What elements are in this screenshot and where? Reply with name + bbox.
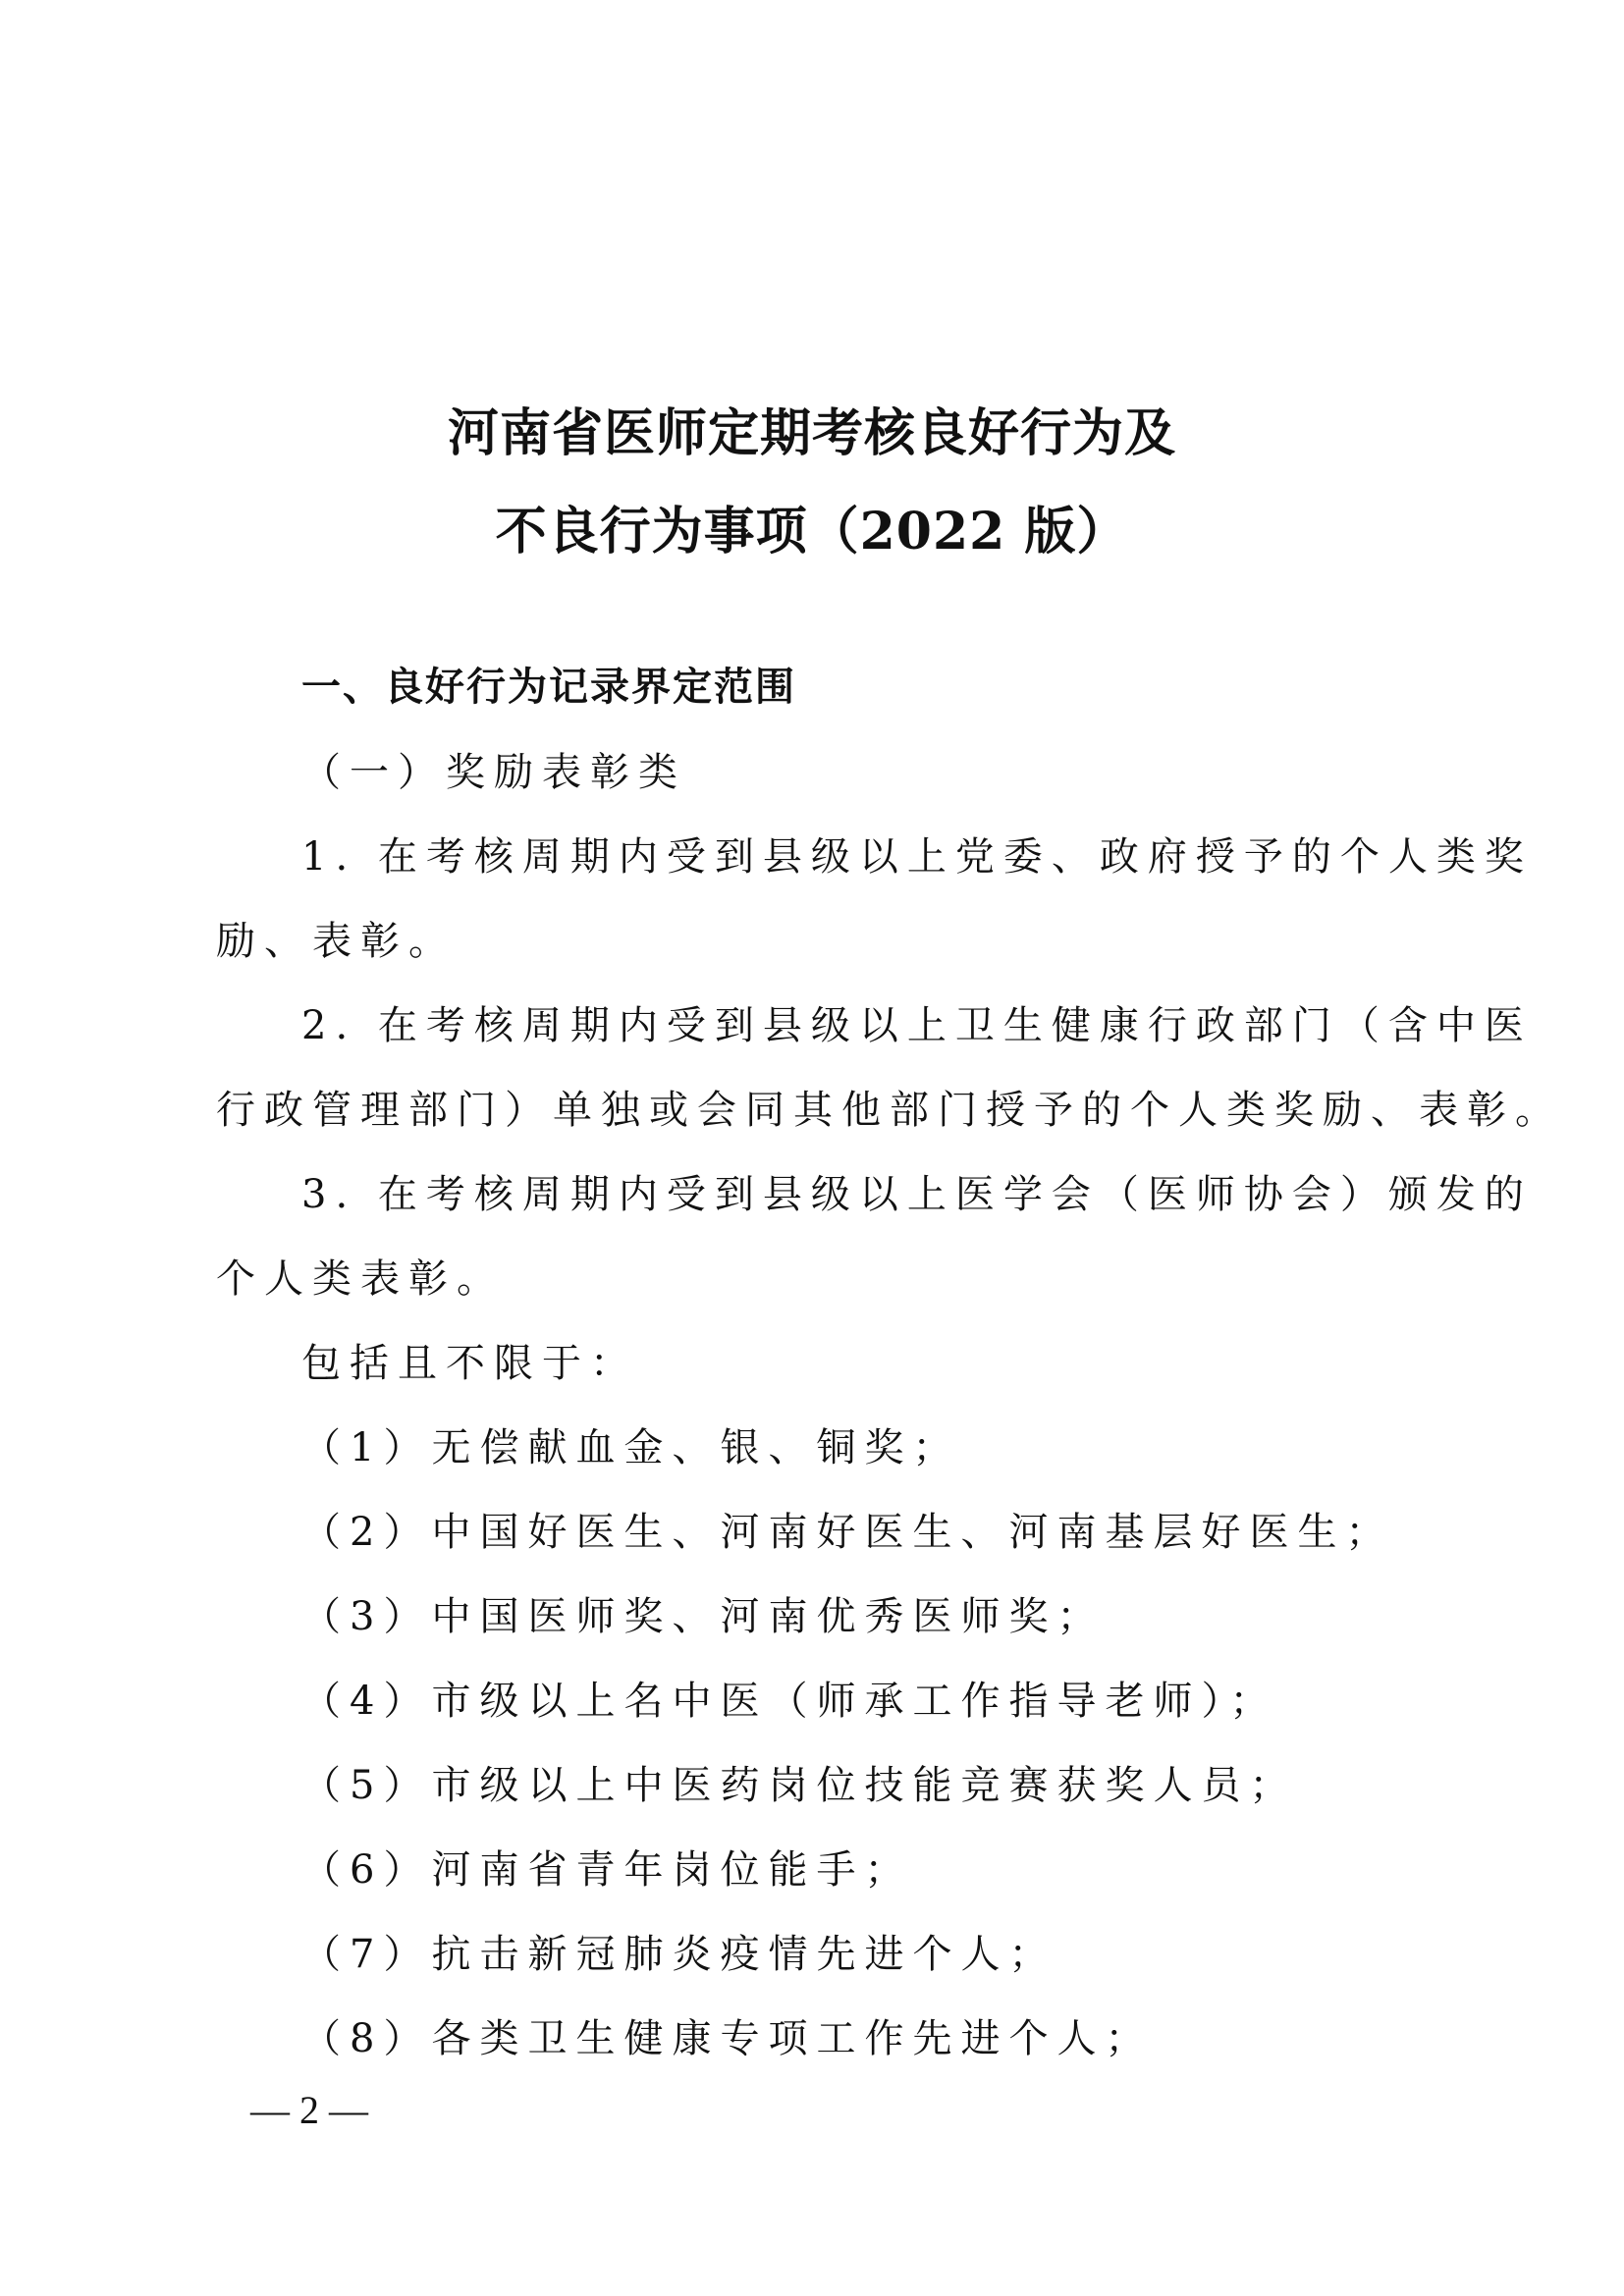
paragraph-2-line-1: 2. 在考核周期内受到县级以上卫生健康行政部门（含中医 (301, 998, 1509, 1053)
list-item: （6）河南省青年岗位能手； (301, 1842, 1509, 1897)
page-number: — 2 — (250, 2086, 368, 2135)
document-page: 河南省医师定期考核良好行为及 不良行为事项（2022 版） 一、良好行为记录界定… (0, 0, 1624, 2296)
list-item: （7）抗击新冠肺炎疫情先进个人； (301, 1927, 1509, 1982)
document-title-line-2: 不良行为事项（2022 版） (0, 503, 1624, 561)
section-heading: 一、良好行为记录界定范围 (301, 660, 796, 715)
list-intro: 包括且不限于： (301, 1336, 1509, 1391)
paragraph-1-line-1: 1. 在考核周期内受到县级以上党委、政府授予的个人类奖 (301, 829, 1509, 884)
subsection-heading: （一）奖励表彰类 (301, 745, 1509, 800)
paragraph-3-line-2: 个人类表彰。 (216, 1252, 1424, 1307)
paragraph-1-line-2: 励、表彰。 (216, 914, 1424, 969)
list-item: （1）无偿献血金、银、铜奖； (301, 1420, 1509, 1475)
paragraph-2-line-2: 行政管理部门）单独或会同其他部门授予的个人类奖励、表彰。 (216, 1083, 1424, 1138)
list-item: （8）各类卫生健康专项工作先进个人； (301, 2011, 1509, 2066)
list-item: （3）中国医师奖、河南优秀医师奖； (301, 1589, 1509, 1644)
paragraph-3-line-1: 3. 在考核周期内受到县级以上医学会（医师协会）颁发的 (301, 1167, 1509, 1222)
list-item: （2）中国好医生、河南好医生、河南基层好医生； (301, 1505, 1509, 1560)
list-item: （5）市级以上中医药岗位技能竞赛获奖人员； (301, 1758, 1509, 1813)
document-title-line-1: 河南省医师定期考核良好行为及 (0, 404, 1624, 463)
list-item: （4）市级以上名中医（师承工作指导老师）； (301, 1674, 1509, 1729)
